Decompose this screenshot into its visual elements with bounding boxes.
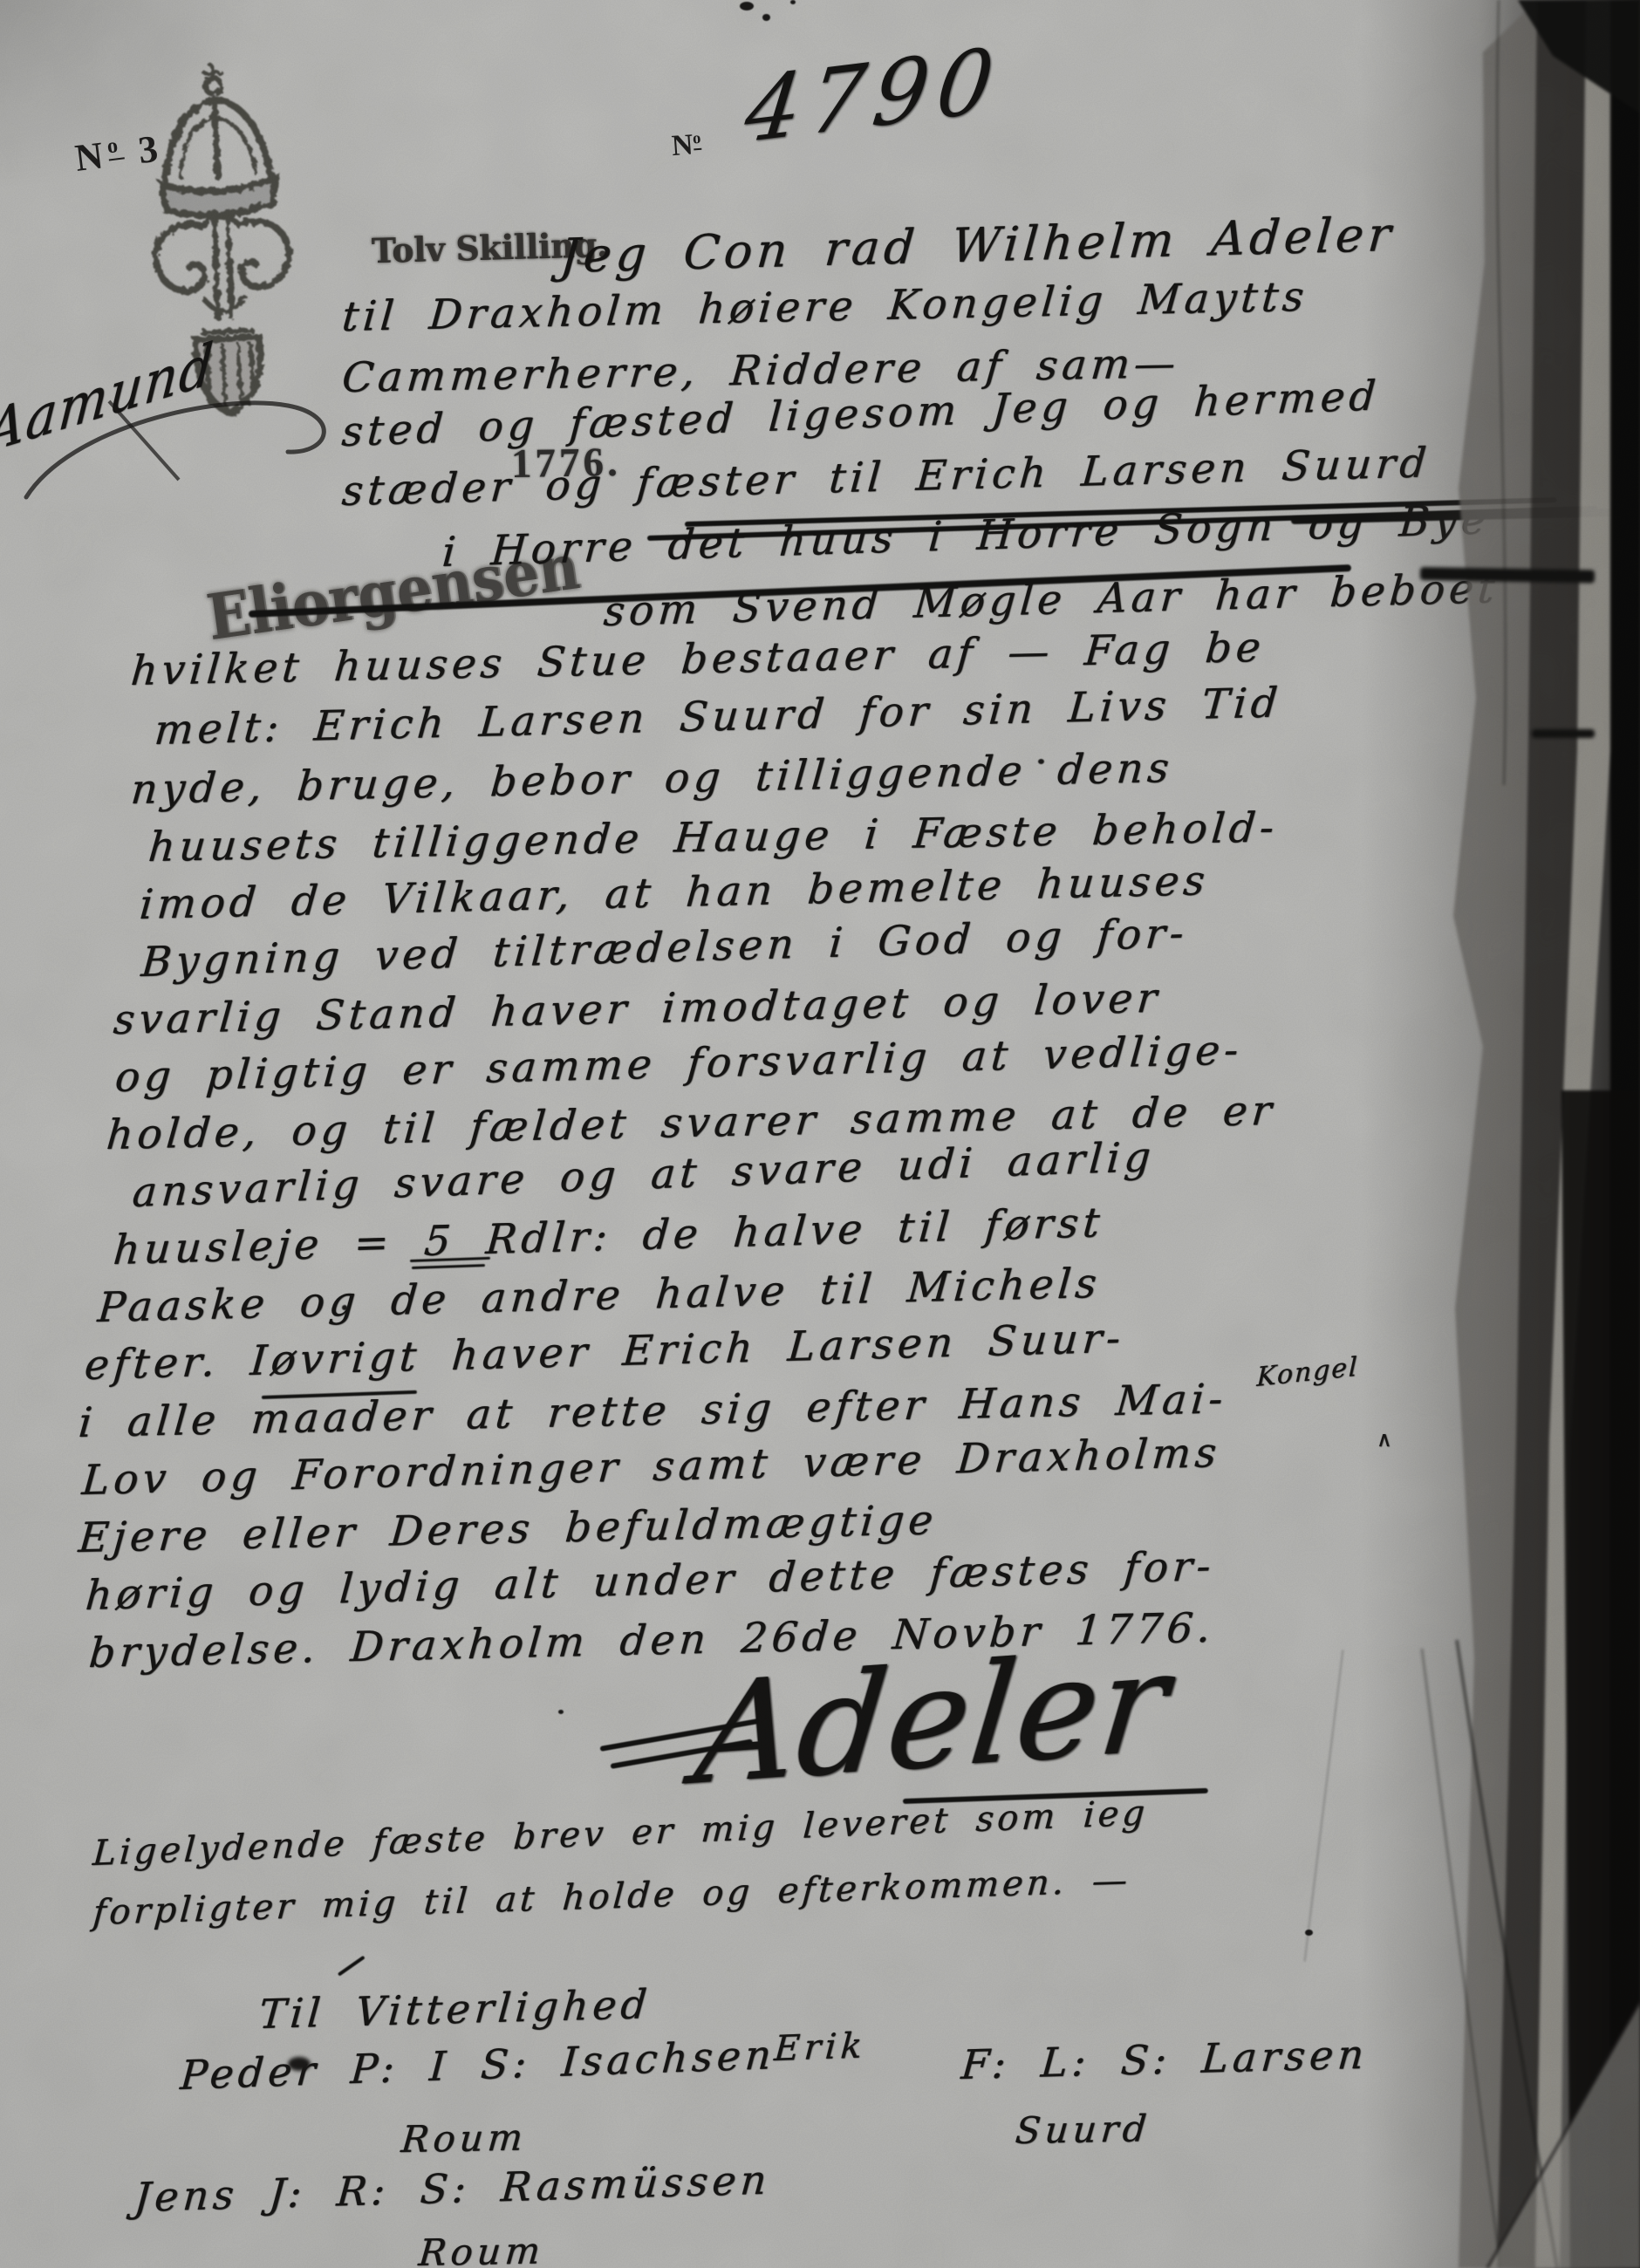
witness-signature: Jens J: R: S: Rasmüssen: [133, 2155, 773, 2221]
paper-crease: [1303, 1650, 1344, 1962]
edge-ink-streak: [1532, 729, 1595, 738]
ink-speck: [740, 2, 754, 10]
doc-no-sup: o: [692, 129, 701, 151]
ink-speck: [1038, 759, 1044, 764]
torn-edge: [1396, 0, 1640, 2268]
margin-note-flourish: [0, 349, 366, 541]
ink-speck: [342, 1305, 347, 1310]
witness-prefix: Erik: [773, 2025, 868, 2069]
witness-signature: F: L: S: Larsen: [960, 2031, 1370, 2088]
witness-place: Suurd: [1014, 2107, 1152, 2152]
interlinear-insert-word: Kongel: [1256, 1351, 1359, 1393]
ink-speck: [558, 1710, 564, 1714]
manuscript-line: nyde, bruge, bebor og tilliggende dens: [129, 744, 1175, 814]
doc-no-value: 4790: [740, 27, 1008, 163]
doc-no-n: N: [671, 129, 694, 163]
signature-adeler: Adeler: [689, 1621, 1177, 1816]
manuscript-page: No 3 Tolv Skilling. No 4790 1776. Eliorg…: [0, 0, 1640, 2268]
corner-shading: [0, 0, 262, 192]
ink-speck: [762, 14, 770, 21]
ink-speck: [790, 0, 796, 4]
acknowledgement-line: Ligelydende fæste brev er mig leveret so…: [92, 1793, 1150, 1874]
manuscript-line: til Draxholm høiere Kongelig Maytts: [340, 273, 1310, 341]
manuscript-line: Jeg Con rad Wilhelm Adeler: [558, 207, 1397, 283]
witness-place: Roum: [417, 2229, 546, 2268]
witness-heading: Til Vitterlighed: [257, 1980, 653, 2038]
acknowledgement-line: forpligter mig til at holde og efterkomm…: [92, 1860, 1132, 1933]
witness-place: Roum: [400, 2115, 529, 2161]
doc-no-prefix: No: [671, 128, 702, 163]
witness-signature: Peder P: I S: Isachsen: [179, 2031, 777, 2099]
witness-heading-flourish: [338, 1956, 366, 1977]
ink-speck: [288, 2057, 311, 2071]
